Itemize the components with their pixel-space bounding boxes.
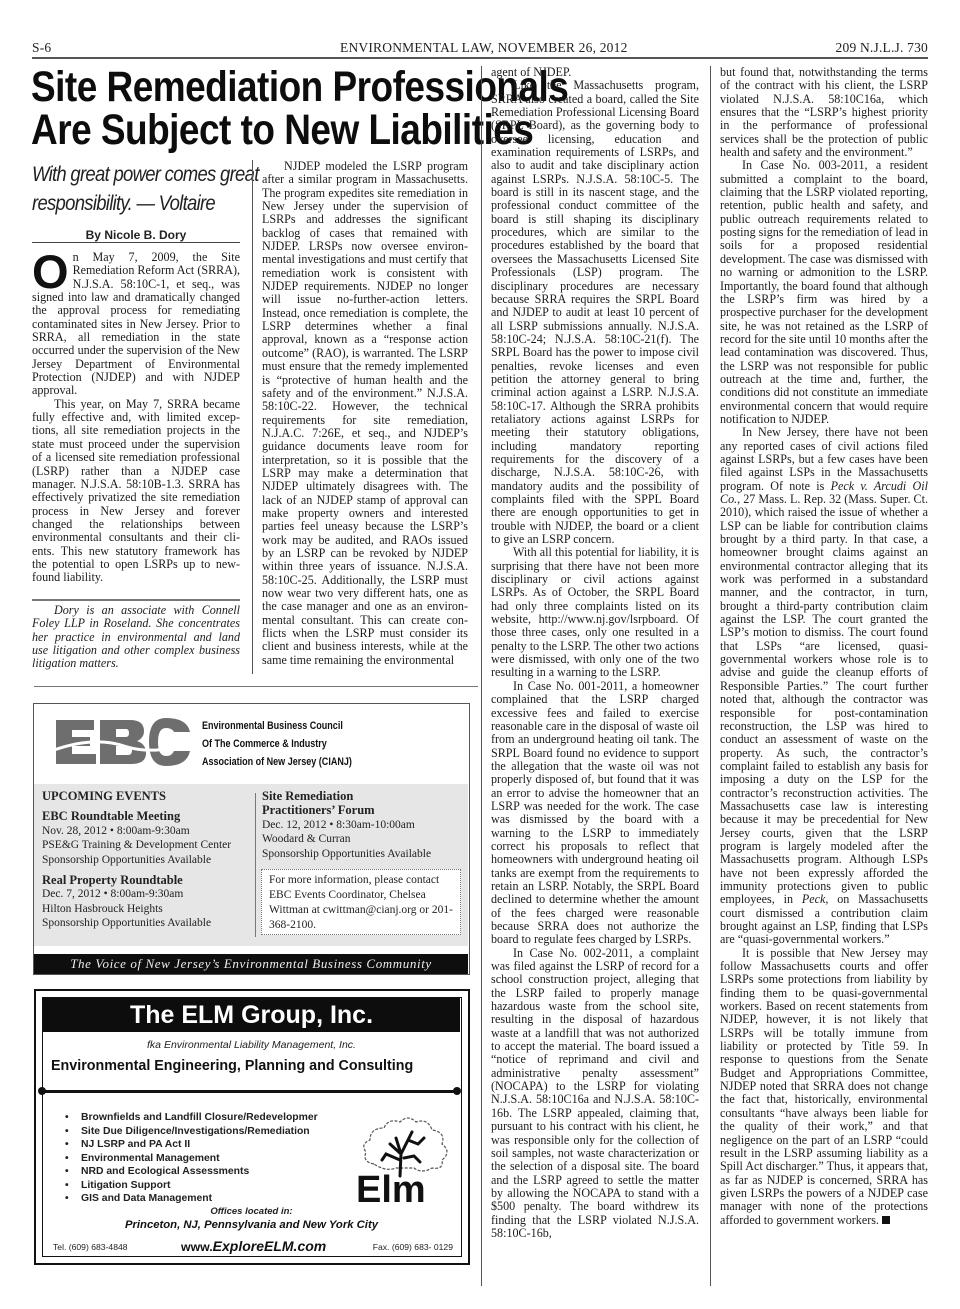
paragraph: agent of NJDEP. xyxy=(491,66,699,79)
event-datetime: Nov. 28, 2012 • 8:00am-9:30am xyxy=(42,824,247,838)
event-title: Real Property Roundtable xyxy=(42,873,247,887)
byline: By Nicole B. Dory xyxy=(32,228,240,242)
page-number: S-6 xyxy=(32,40,51,56)
deck-line-2: responsibility. — Voltaire xyxy=(32,189,221,218)
column-divider xyxy=(481,66,482,1286)
service-label: Litigation Support xyxy=(81,1180,170,1191)
paragraph-text: It is possible that New Jersey may follo… xyxy=(720,946,928,1227)
bio-rule xyxy=(32,599,240,601)
svg-text:Elm: Elm xyxy=(356,1169,426,1206)
bullet-icon: • xyxy=(65,1192,69,1206)
service-item: •Environmental Management xyxy=(65,1152,318,1166)
paragraph: In Case No. 003-2011, a resident submitt… xyxy=(720,159,928,426)
column-divider xyxy=(710,66,711,1286)
event-note: Sponsorship Opportunities Available xyxy=(262,847,462,861)
section-rule xyxy=(34,686,478,687)
paragraph: In Case No. 001-2011, a homeown­er compl… xyxy=(491,680,699,947)
elm-offices-label: Offices located in: xyxy=(43,1206,460,1217)
publication-date: ENVIRONMENTAL LAW, NOVEMBER 26, 2012 xyxy=(340,40,628,56)
service-label: NJ LSRP and PA Act II xyxy=(81,1139,190,1150)
article-column-1: On May 7, 2009, the Site Remediation Ref… xyxy=(32,251,240,585)
headline-line-1: Site Remediation Professionals xyxy=(31,66,418,109)
service-item: •NJ LSRP and PA Act II xyxy=(65,1138,318,1152)
deck-line-1: With great power comes great xyxy=(32,160,221,189)
paragraph: In New Jersey, there have not been any r… xyxy=(720,426,928,946)
paragraph: Like the Massachusetts program, SRRA als… xyxy=(491,79,699,546)
service-label: NRD and Ecological Assessments xyxy=(81,1166,249,1177)
article-column-3: agent of NJDEP. Like the Massachusetts p… xyxy=(491,66,699,1240)
event-title: Site Remediation xyxy=(262,789,462,803)
paragraph-text: , 27 Mass. L. Rep. 32 (Mass. Super. Ct. … xyxy=(720,492,928,906)
article-column-2: NJDEP modeled the LSRP program after a s… xyxy=(262,160,468,667)
elm-advertisement: The ELM Group, Inc. fka Environmental Li… xyxy=(34,989,470,1265)
upcoming-events-heading: UPCOMING EVENTS xyxy=(42,789,247,803)
event-title: Practitioners’ Forum xyxy=(262,803,462,817)
elm-website: www.ExploreELM.com xyxy=(181,1238,326,1254)
event-location: Hilton Hasbrouck Heights xyxy=(42,902,247,916)
elm-tagline: Environmental Engineering, Planning and … xyxy=(51,1058,451,1074)
paragraph: but found that, notwithstanding the term… xyxy=(720,66,928,159)
paragraph: This year, on May 7, SRRA became fully e… xyxy=(32,398,240,585)
bullet-icon: • xyxy=(65,1111,69,1125)
citation: 209 N.J.L.J. 730 xyxy=(836,40,928,56)
event-location: PSE&G Training & Development Center xyxy=(42,838,247,852)
ebc-advertisement: Environmental Business Council Of The Co… xyxy=(33,703,470,975)
paragraph: On May 7, 2009, the Site Remediation Ref… xyxy=(32,251,240,398)
web-domain: ExploreELM.com xyxy=(213,1238,327,1254)
service-label: Environmental Management xyxy=(81,1153,220,1164)
paragraph: With all this potential for liability, i… xyxy=(491,546,699,679)
service-item: •Site Due Diligence/Investigations/Remed… xyxy=(65,1125,318,1139)
rule-dot-icon xyxy=(453,1087,461,1095)
service-label: Site Due Diligence/Investigations/Remedi… xyxy=(81,1126,310,1137)
elm-telephone: Tel. (609) 683-4848 xyxy=(53,1242,128,1252)
event-location: Woodard & Curran xyxy=(262,832,462,846)
service-item: •Litigation Support xyxy=(65,1179,318,1193)
ebc-logo-icon xyxy=(54,716,192,768)
headline: Site Remediation Professionals Are Subje… xyxy=(31,66,418,152)
bullet-icon: • xyxy=(65,1152,69,1166)
paragraph: NJDEP modeled the LSRP program after a s… xyxy=(262,160,468,667)
end-mark-icon xyxy=(882,1216,890,1224)
elm-fka: fka Environmental Liability Management, … xyxy=(43,1039,460,1051)
ebc-contact-box: For more information, please contact EBC… xyxy=(261,869,461,935)
article-column-4: but found that, notwithstanding the term… xyxy=(720,66,928,1227)
elm-company-name: The ELM Group, Inc. xyxy=(43,998,460,1032)
event-datetime: Dec. 12, 2012 • 8:30am-10:00am xyxy=(262,818,462,832)
paragraph: In Case No. 002-2011, a complaint was fi… xyxy=(491,947,699,1241)
ebc-events-left: UPCOMING EVENTS EBC Roundtable Meeting N… xyxy=(42,789,247,931)
org-line: Environmental Business Council xyxy=(202,717,352,735)
ebc-events-right: Site Remediation Practitioners’ Forum De… xyxy=(262,789,462,861)
ebc-org-name: Environmental Business Council Of The Co… xyxy=(202,717,352,771)
elm-rule xyxy=(42,1090,459,1093)
service-item: •GIS and Data Management xyxy=(65,1192,318,1206)
service-item: •NRD and Ecological Assessments xyxy=(65,1165,318,1179)
header-rule xyxy=(32,57,928,59)
deck-quote: With great power comes great responsibil… xyxy=(32,160,221,218)
author-bio: Dory is an associate with Connell Foley … xyxy=(32,604,240,671)
event-note: Sponsorship Opportunities Available xyxy=(42,853,247,867)
drop-cap: O xyxy=(32,253,69,291)
case-citation: Peck xyxy=(802,892,826,906)
service-label: GIS and Data Management xyxy=(81,1193,212,1204)
event-datetime: Dec. 7, 2012 • 8:00am-9:30am xyxy=(42,887,247,901)
org-line: Of The Commerce & Industry xyxy=(202,735,352,753)
elm-fax: Fax. (609) 683- 0129 xyxy=(373,1242,453,1252)
elm-tree-logo-icon: Elm xyxy=(356,1114,456,1206)
org-line: Association of New Jersey (CIANJ) xyxy=(202,753,352,771)
service-label: Brownfields and Landfill Closure/Redevel… xyxy=(81,1112,318,1123)
bullet-icon: • xyxy=(65,1138,69,1152)
bullet-icon: • xyxy=(65,1125,69,1139)
headline-line-2: Are Subject to New Liabilities xyxy=(31,109,418,152)
bullet-icon: • xyxy=(65,1179,69,1193)
elm-inner-frame: The ELM Group, Inc. fka Environmental Li… xyxy=(42,997,462,1257)
service-item: •Brownfields and Landfill Closure/Redeve… xyxy=(65,1111,318,1125)
event-title: EBC Roundtable Meeting xyxy=(42,809,247,823)
ebc-divider xyxy=(255,793,256,937)
rule-dot-icon xyxy=(38,1087,46,1095)
elm-offices: Princeton, NJ, Pennsylvania and New York… xyxy=(43,1219,460,1231)
event-note: Sponsorship Opportunities Available xyxy=(42,916,247,930)
elm-services-list: •Brownfields and Landfill Closure/Redeve… xyxy=(65,1111,318,1206)
bullet-icon: • xyxy=(65,1165,69,1179)
column-divider xyxy=(252,160,253,674)
byline-rule xyxy=(32,242,240,243)
paragraph: It is possible that New Jersey may follo… xyxy=(720,947,928,1227)
author-bio-text: Dory is an associate with Connell Foley … xyxy=(32,604,240,671)
ebc-tagline: The Voice of New Jersey’s Environmental … xyxy=(34,954,468,974)
web-prefix: www. xyxy=(181,1240,213,1254)
